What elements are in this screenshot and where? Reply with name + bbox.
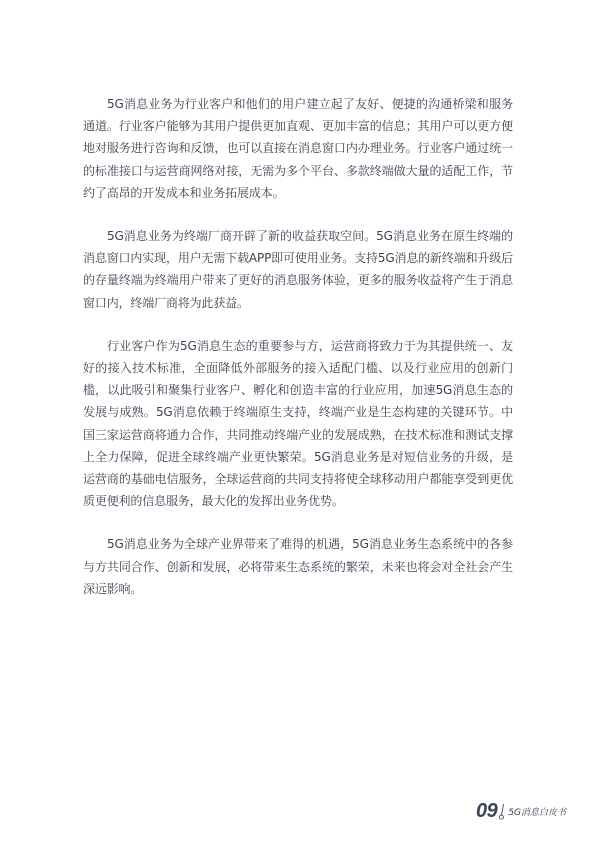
pin-icon bbox=[499, 803, 505, 821]
page-footer: 09 5G消息白皮书 bbox=[476, 797, 566, 821]
paragraph-2: 5G消息业务为终端厂商开辟了新的收益获取空间。5G消息业务在原生终端的消息窗口内… bbox=[83, 225, 513, 314]
paragraph-4: 5G消息业务为全球产业界带来了难得的机遇，5G消息业务生态系统中的各参与方共同合… bbox=[83, 533, 513, 600]
paragraph-3: 行业客户作为5G消息生态的重要参与方，运营商将致力于为其提供统一、友好的接入技术… bbox=[83, 335, 513, 513]
page-number: 09 bbox=[476, 801, 497, 821]
paragraph-1: 5G消息业务为行业客户和他们的用户建立起了友好、便捷的沟通桥梁和服务通道。行业客… bbox=[83, 93, 513, 204]
document-title: 5G消息白皮书 bbox=[508, 807, 566, 819]
document-body: 5G消息业务为行业客户和他们的用户建立起了友好、便捷的沟通桥梁和服务通道。行业客… bbox=[83, 93, 513, 621]
